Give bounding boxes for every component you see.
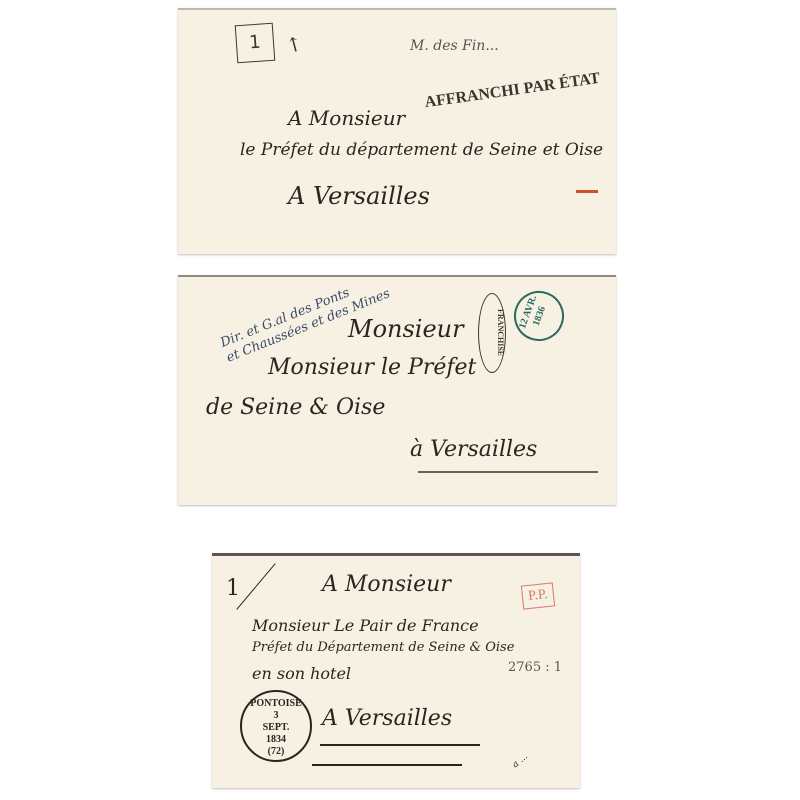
- underline: [418, 471, 598, 473]
- address-line-3: Préfet du Département de Seine & Oise: [252, 640, 514, 655]
- diagonal-stroke: [236, 563, 275, 610]
- address-line-3: A Versailles: [288, 182, 430, 210]
- address-line-5: A Versailles: [322, 706, 452, 731]
- address-line-2: Monsieur Le Pair de France: [252, 616, 479, 635]
- franchise-signature: M. des Fin...: [410, 38, 499, 54]
- letter-1: 1 ↖ M. des Fin... AFFRANCHI PAR ÉTAT A M…: [178, 8, 616, 254]
- postmark-year: 1834: [242, 734, 310, 746]
- letter-2: Dir. et G.al des Ponts et Chaussées et d…: [178, 275, 616, 505]
- date-postmark: 12 AVR. 1836: [507, 284, 571, 348]
- letter-3: 1 P.P. A Monsieur Monsieur Le Pair de Fr…: [212, 553, 580, 788]
- boxed-numeral-mark: 1: [235, 23, 276, 64]
- red-ink-mark: [576, 190, 598, 193]
- postmark-text: AFFRANCHI PAR ÉTAT: [424, 70, 602, 111]
- pontoise-postmark: PONTOISE 3 SEPT. 1834 (72): [240, 690, 312, 762]
- address-line-4: à Versailles: [410, 437, 537, 462]
- franchise-postmark: FRANCHISE: [478, 293, 506, 373]
- corner-note: a ...: [511, 752, 530, 770]
- address-line-2: le Préfet du département de Seine et Ois…: [240, 140, 603, 160]
- postmark-day: 3: [242, 710, 310, 722]
- postmark-month: SEPT.: [242, 722, 310, 734]
- address-line-1: A Monsieur: [322, 572, 451, 597]
- underline-2: [312, 764, 462, 766]
- arrow-mark-icon: ↖: [281, 29, 308, 58]
- postmark-dept: (72): [242, 746, 310, 758]
- address-line-1: Monsieur: [348, 315, 464, 343]
- affranchi-postmark: AFFRANCHI PAR ÉTAT: [424, 70, 602, 112]
- address-line-1: A Monsieur: [288, 106, 405, 130]
- postmark-town: PONTOISE: [242, 698, 310, 710]
- pp-mark: P.P.: [521, 582, 555, 609]
- corner-numeral-mark: 1: [226, 576, 240, 601]
- address-line-3: de Seine & Oise: [206, 395, 385, 420]
- underline-1: [320, 744, 480, 746]
- address-line-4: en son hotel: [252, 664, 351, 683]
- pencil-note: 2765 : 1: [508, 660, 562, 675]
- address-line-2: Monsieur le Préfet: [268, 355, 476, 380]
